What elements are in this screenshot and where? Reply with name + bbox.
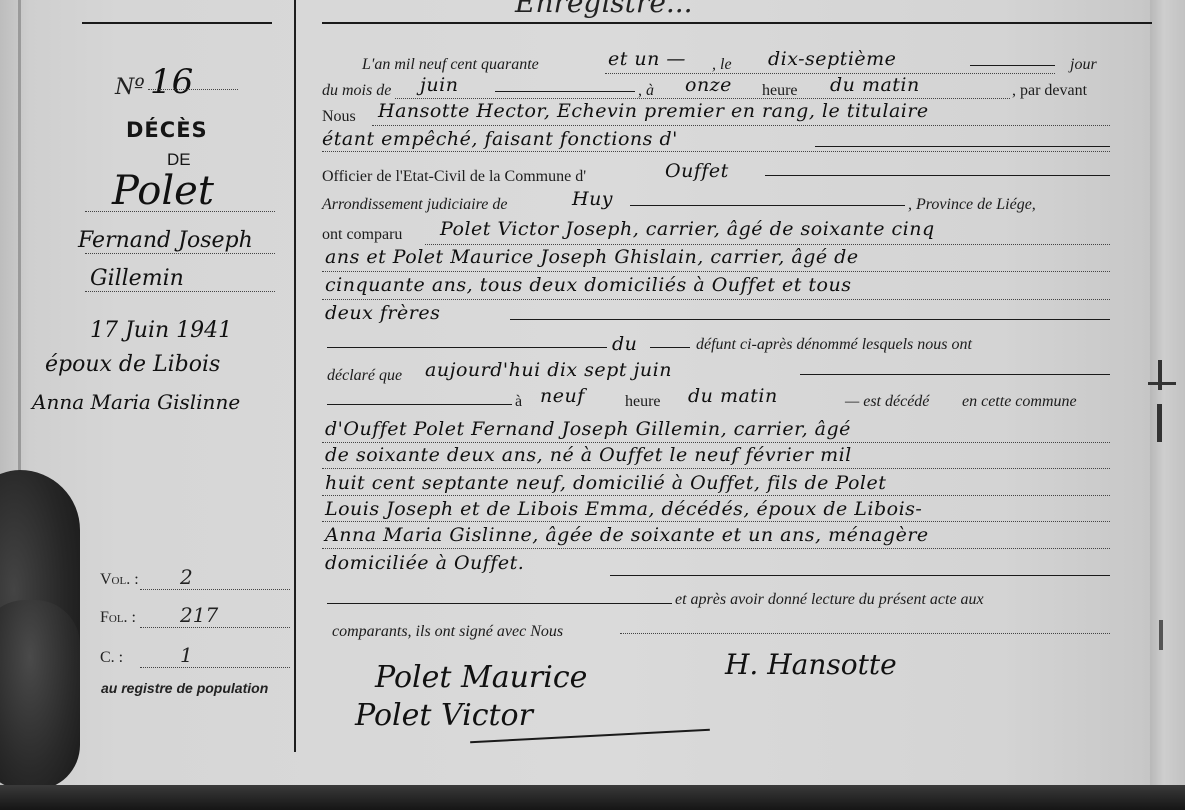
signature-hansotte: H. Hansotte <box>725 648 897 681</box>
deceased-identity-handwritten: d'Ouffet Polet Fernand Joseph Gillemin, … <box>325 418 851 440</box>
population-register-label: au registre de population <box>101 680 268 696</box>
officer-handwritten: Hansotte Hector, Echevin premier en rang… <box>378 100 929 122</box>
deceased-given-names-2: Gillemin <box>90 266 184 291</box>
volume-field: Vol. :2 <box>100 565 290 590</box>
year-handwritten: et un — <box>608 48 686 70</box>
volume-value: 2 <box>140 565 290 590</box>
record-type-title: DÉCÈS <box>126 118 208 142</box>
page-fold <box>1150 0 1185 790</box>
c-value: 1 <box>140 643 290 668</box>
thumb-holding-page-lower <box>0 600 80 790</box>
month-handwritten: juin <box>420 74 458 96</box>
c-field: C. :1 <box>100 643 290 668</box>
day-handwritten: dix-septième <box>768 48 896 70</box>
death-day-handwritten: aujourd'hui dix sept juin <box>425 359 672 381</box>
death-hour-handwritten: neuf <box>540 385 585 407</box>
hour-handwritten: onze <box>685 74 732 96</box>
record-number: 16 <box>150 62 193 102</box>
signature-polet-victor: Polet Victor <box>355 698 533 733</box>
declarant-2-handwritten: ans et Polet Maurice Joseph Ghislain, ca… <box>325 246 859 268</box>
commune-handwritten: Ouffet <box>665 160 729 182</box>
death-date: 17 Juin 1941 <box>90 318 232 343</box>
deceased-given-names: Fernand Joseph <box>78 228 253 253</box>
header-scribble: Enregistré... <box>515 0 693 19</box>
binding-thread <box>1158 360 1162 390</box>
top-rule <box>322 22 1152 24</box>
folio-field: Fol. :217 <box>100 603 290 628</box>
number-label: Nº <box>115 75 145 100</box>
column-divider <box>294 0 296 752</box>
arrondissement-handwritten: Huy <box>572 188 613 210</box>
binding-thread <box>1148 382 1176 385</box>
register-page: Enregistré... Nº 16 DÉCÈS DE Polet Ferna… <box>0 0 1185 790</box>
binding-thread <box>1159 620 1163 650</box>
folio-value: 217 <box>140 603 290 628</box>
spouse-line-2: Anna Maria Gislinne <box>32 390 240 414</box>
binding-thread <box>1157 404 1162 442</box>
deceased-surname: Polet <box>112 168 214 214</box>
signature-polet-maurice: Polet Maurice <box>375 660 587 695</box>
page-bottom-shadow <box>0 785 1185 810</box>
declarant-1-handwritten: Polet Victor Joseph, carrier, âgé de soi… <box>440 218 935 240</box>
spouse-line-1: époux de Libois <box>45 352 220 377</box>
time-of-day-handwritten: du matin <box>830 74 920 96</box>
de-label: DE <box>167 150 191 170</box>
